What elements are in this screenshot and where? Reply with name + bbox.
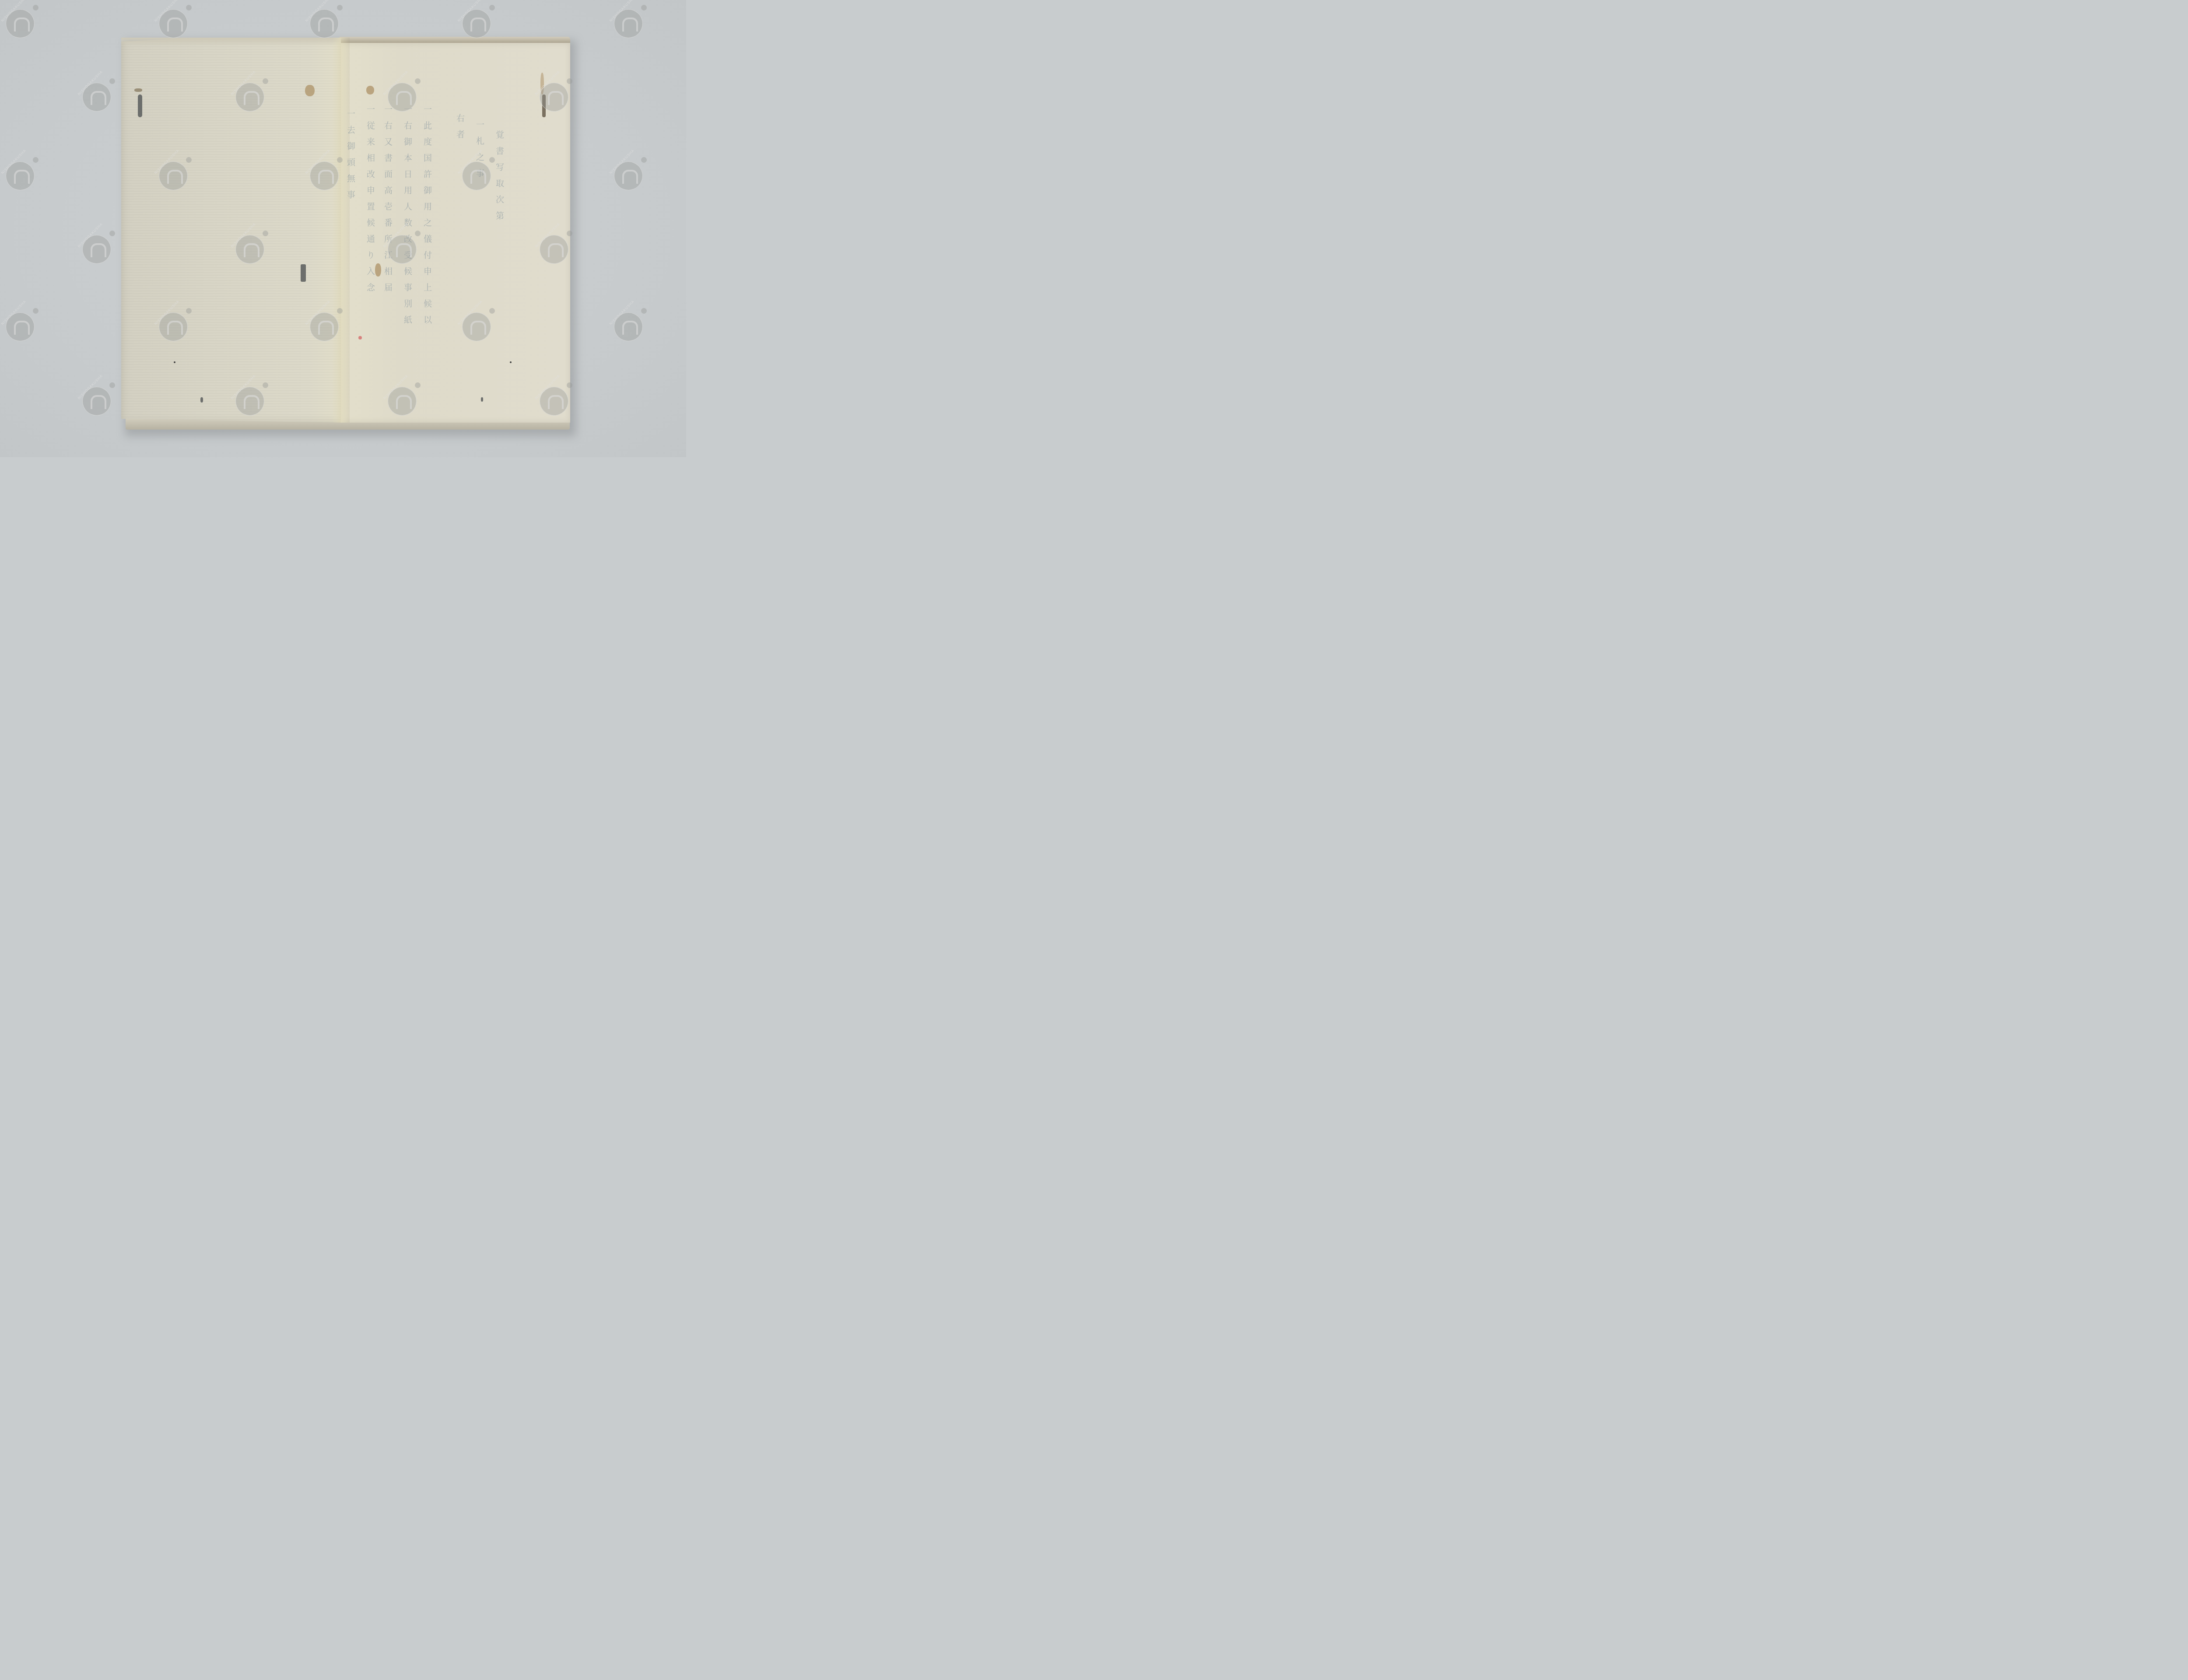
manuscript-text-column: 一 去 御 頭 無 事: [345, 109, 357, 201]
manuscript-text-column: 一 札 之 事: [474, 120, 486, 180]
manuscript-text-column: 一 右 又 書 面 高 壱 番 所 江 相 届: [382, 105, 394, 294]
bleed-through-text: 覚 書 写 取 次 第一 札 之 事右 者一 此 度 国 許 御 用 之 儀 付…: [0, 0, 686, 457]
manuscript-text-column: 一 此 度 国 許 御 用 之 儀 付 申 上 候 以: [421, 105, 433, 327]
manuscript-text-column: 右 者: [454, 114, 466, 141]
manuscript-text-column: 一 右 御 本 日 用 人 数 改 受 候 事 別 紙: [402, 105, 414, 327]
manuscript-text-column: 一 従 来 相 改 申 置 候 通 り 入 念: [365, 105, 376, 294]
manuscript-text-column: 覚 書 写 取 次 第: [494, 130, 505, 222]
